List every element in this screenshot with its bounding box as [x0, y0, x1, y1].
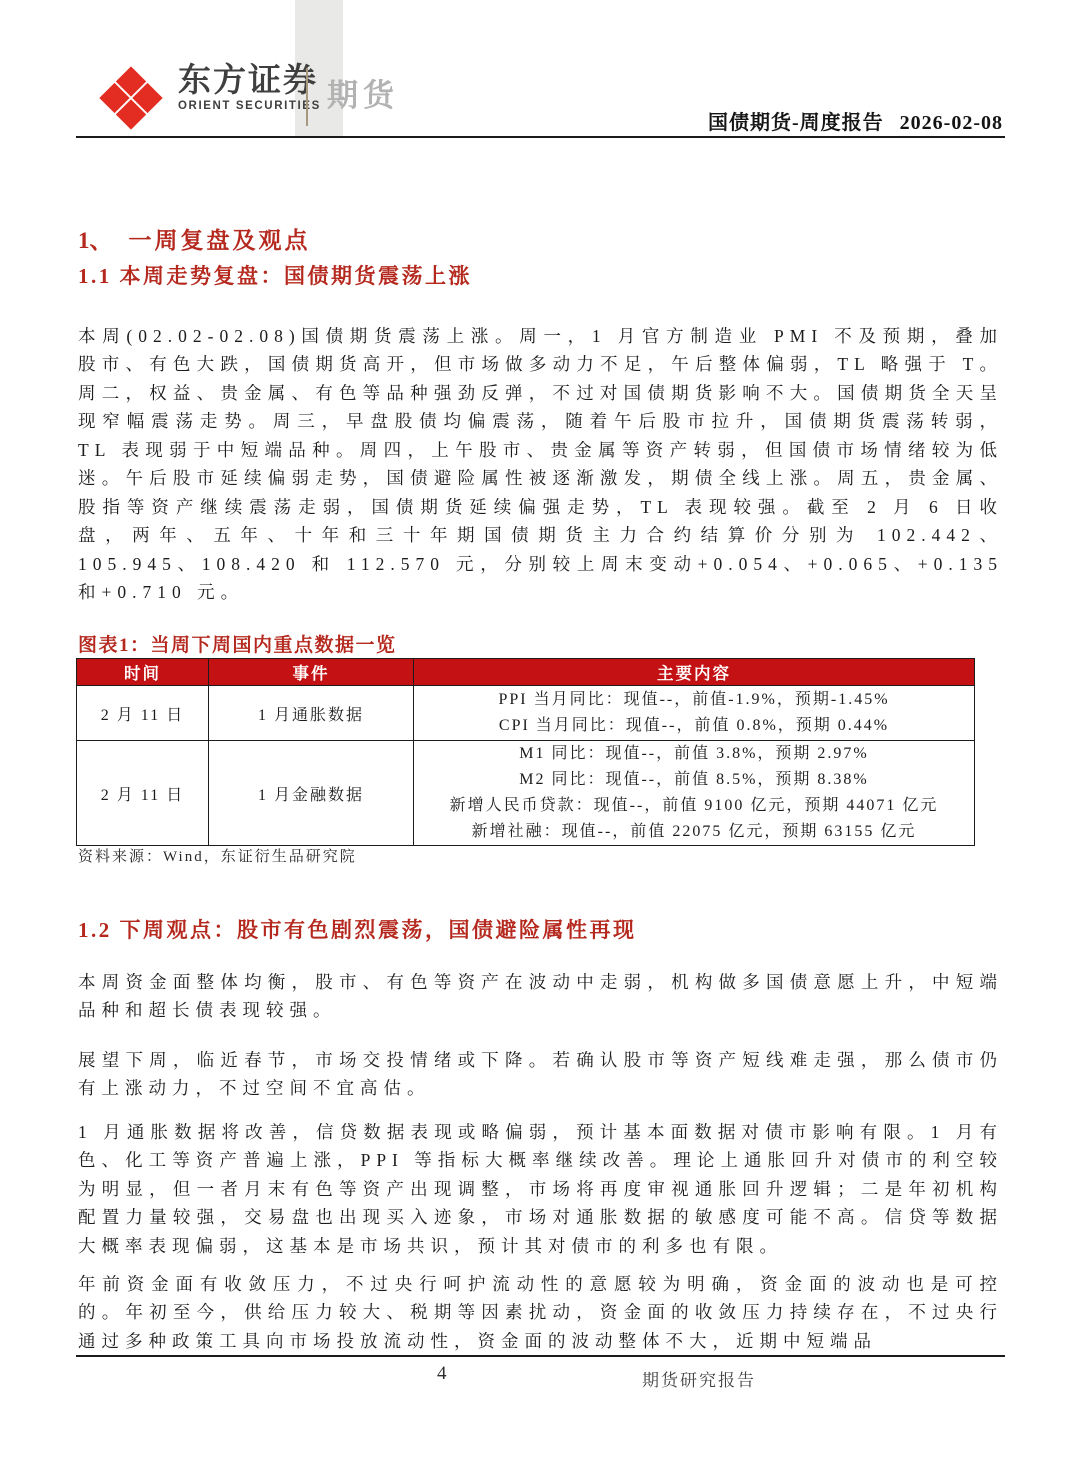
content-line-cpi: CPI 当月同比：现值--，前值 0.8%，预期 0.44% [414, 713, 974, 739]
figure1-table: 时间 事件 主要内容 2 月 11 日 1 月通胀数据 PPI 当月同比：现值-… [76, 658, 975, 846]
paragraph-funding: 年前资金面有收敛压力，不过央行呵护流动性的意愿较为明确，资金面的波动也是可控的。… [78, 1270, 1003, 1356]
paragraph-inflation-credit: 1 月通胀数据将改善，信贷数据表现或略偏弱，预计基本面数据对债市影响有限。1 月… [78, 1118, 1003, 1261]
content-line-m1: M1 同比：现值--，前值 3.8%，预期 2.97% [414, 741, 974, 767]
division-label: 期货 [327, 70, 399, 115]
column-header-time: 时间 [77, 659, 209, 686]
footer-report-type: 期货研究报告 [642, 1366, 756, 1391]
content-line-ppi: PPI 当月同比：现值--，前值-1.9%，预期-1.45% [414, 687, 974, 713]
cell-content: M1 同比：现值--，前值 3.8%，预期 2.97% M2 同比：现值--，前… [414, 741, 975, 846]
brand-name-en: ORIENT SECURITIES [178, 100, 321, 112]
brand-name-cn: 东方证券 [178, 62, 321, 98]
report-date: 2026-02-08 [900, 112, 1003, 134]
figure1-title: 图表1：当周下周国内重点数据一览 [78, 630, 397, 657]
page-number: 4 [437, 1363, 447, 1385]
cell-event: 1 月通胀数据 [209, 686, 414, 741]
content-line-m2: M2 同比：现值--，前值 8.5%，预期 8.38% [414, 767, 974, 793]
cell-content: PPI 当月同比：现值--，前值-1.9%，预期-1.45% CPI 当月同比：… [414, 686, 975, 741]
footer-rule [76, 1355, 1005, 1357]
paragraph-outlook: 展望下周，临近春节，市场交投情绪或下降。若确认股市等资产短线难走强，那么债市仍有… [78, 1046, 1003, 1103]
section-1-number: 1、 [78, 228, 113, 253]
table-row-finance: 2 月 11 日 1 月金融数据 M1 同比：现值--，前值 3.8%，预期 2… [77, 741, 975, 846]
paragraph-liquidity: 本周资金面整体均衡，股市、有色等资产在波动中走弱，机构做多国债意愿上升，中短端品… [78, 968, 1003, 1025]
section-1-2-heading: 1.2 下周观点：股市有色剧烈震荡，国债避险属性再现 [78, 914, 637, 944]
content-line-tsf: 新增社融：现值--，前值 22075 亿元，预期 63155 亿元 [414, 819, 974, 845]
logo-text: 东方证券 ORIENT SECURITIES [178, 62, 321, 112]
report-title: 国债期货-周度报告 [708, 112, 884, 134]
table-header-row: 时间 事件 主要内容 [77, 659, 975, 686]
section-1-title: 一周复盘及观点 [129, 228, 311, 253]
company-logo: 东方证券 ORIENT SECURITIES [98, 62, 321, 134]
content-line-loans: 新增人民币贷款：现值--，前值 9100 亿元，预期 44071 亿元 [414, 793, 974, 819]
header-rule [76, 136, 1005, 138]
cell-event: 1 月金融数据 [209, 741, 414, 846]
column-header-content: 主要内容 [414, 659, 975, 686]
report-page: 东方证券 ORIENT SECURITIES 期货 国债期货-周度报告 2026… [0, 0, 1080, 1466]
paragraph-week-review: 本周(02.02-02.08)国债期货震荡上涨。周一，1 月官方制造业 PMI … [78, 322, 1003, 607]
column-header-event: 事件 [209, 659, 414, 686]
header-vertical-divider [306, 68, 308, 126]
table-row-inflation: 2 月 11 日 1 月通胀数据 PPI 当月同比：现值--，前值-1.9%，预… [77, 686, 975, 741]
section-1-heading: 1、一周复盘及观点 [78, 222, 311, 255]
orient-securities-logo-icon [98, 62, 164, 134]
cell-time: 2 月 11 日 [77, 686, 209, 741]
report-title-and-date: 国债期货-周度报告 2026-02-08 [708, 106, 1003, 135]
section-1-1-heading: 1.1 本周走势复盘：国债期货震荡上涨 [78, 260, 472, 290]
cell-time: 2 月 11 日 [77, 741, 209, 846]
figure1-source: 资料来源：Wind，东证衍生品研究院 [78, 845, 357, 866]
